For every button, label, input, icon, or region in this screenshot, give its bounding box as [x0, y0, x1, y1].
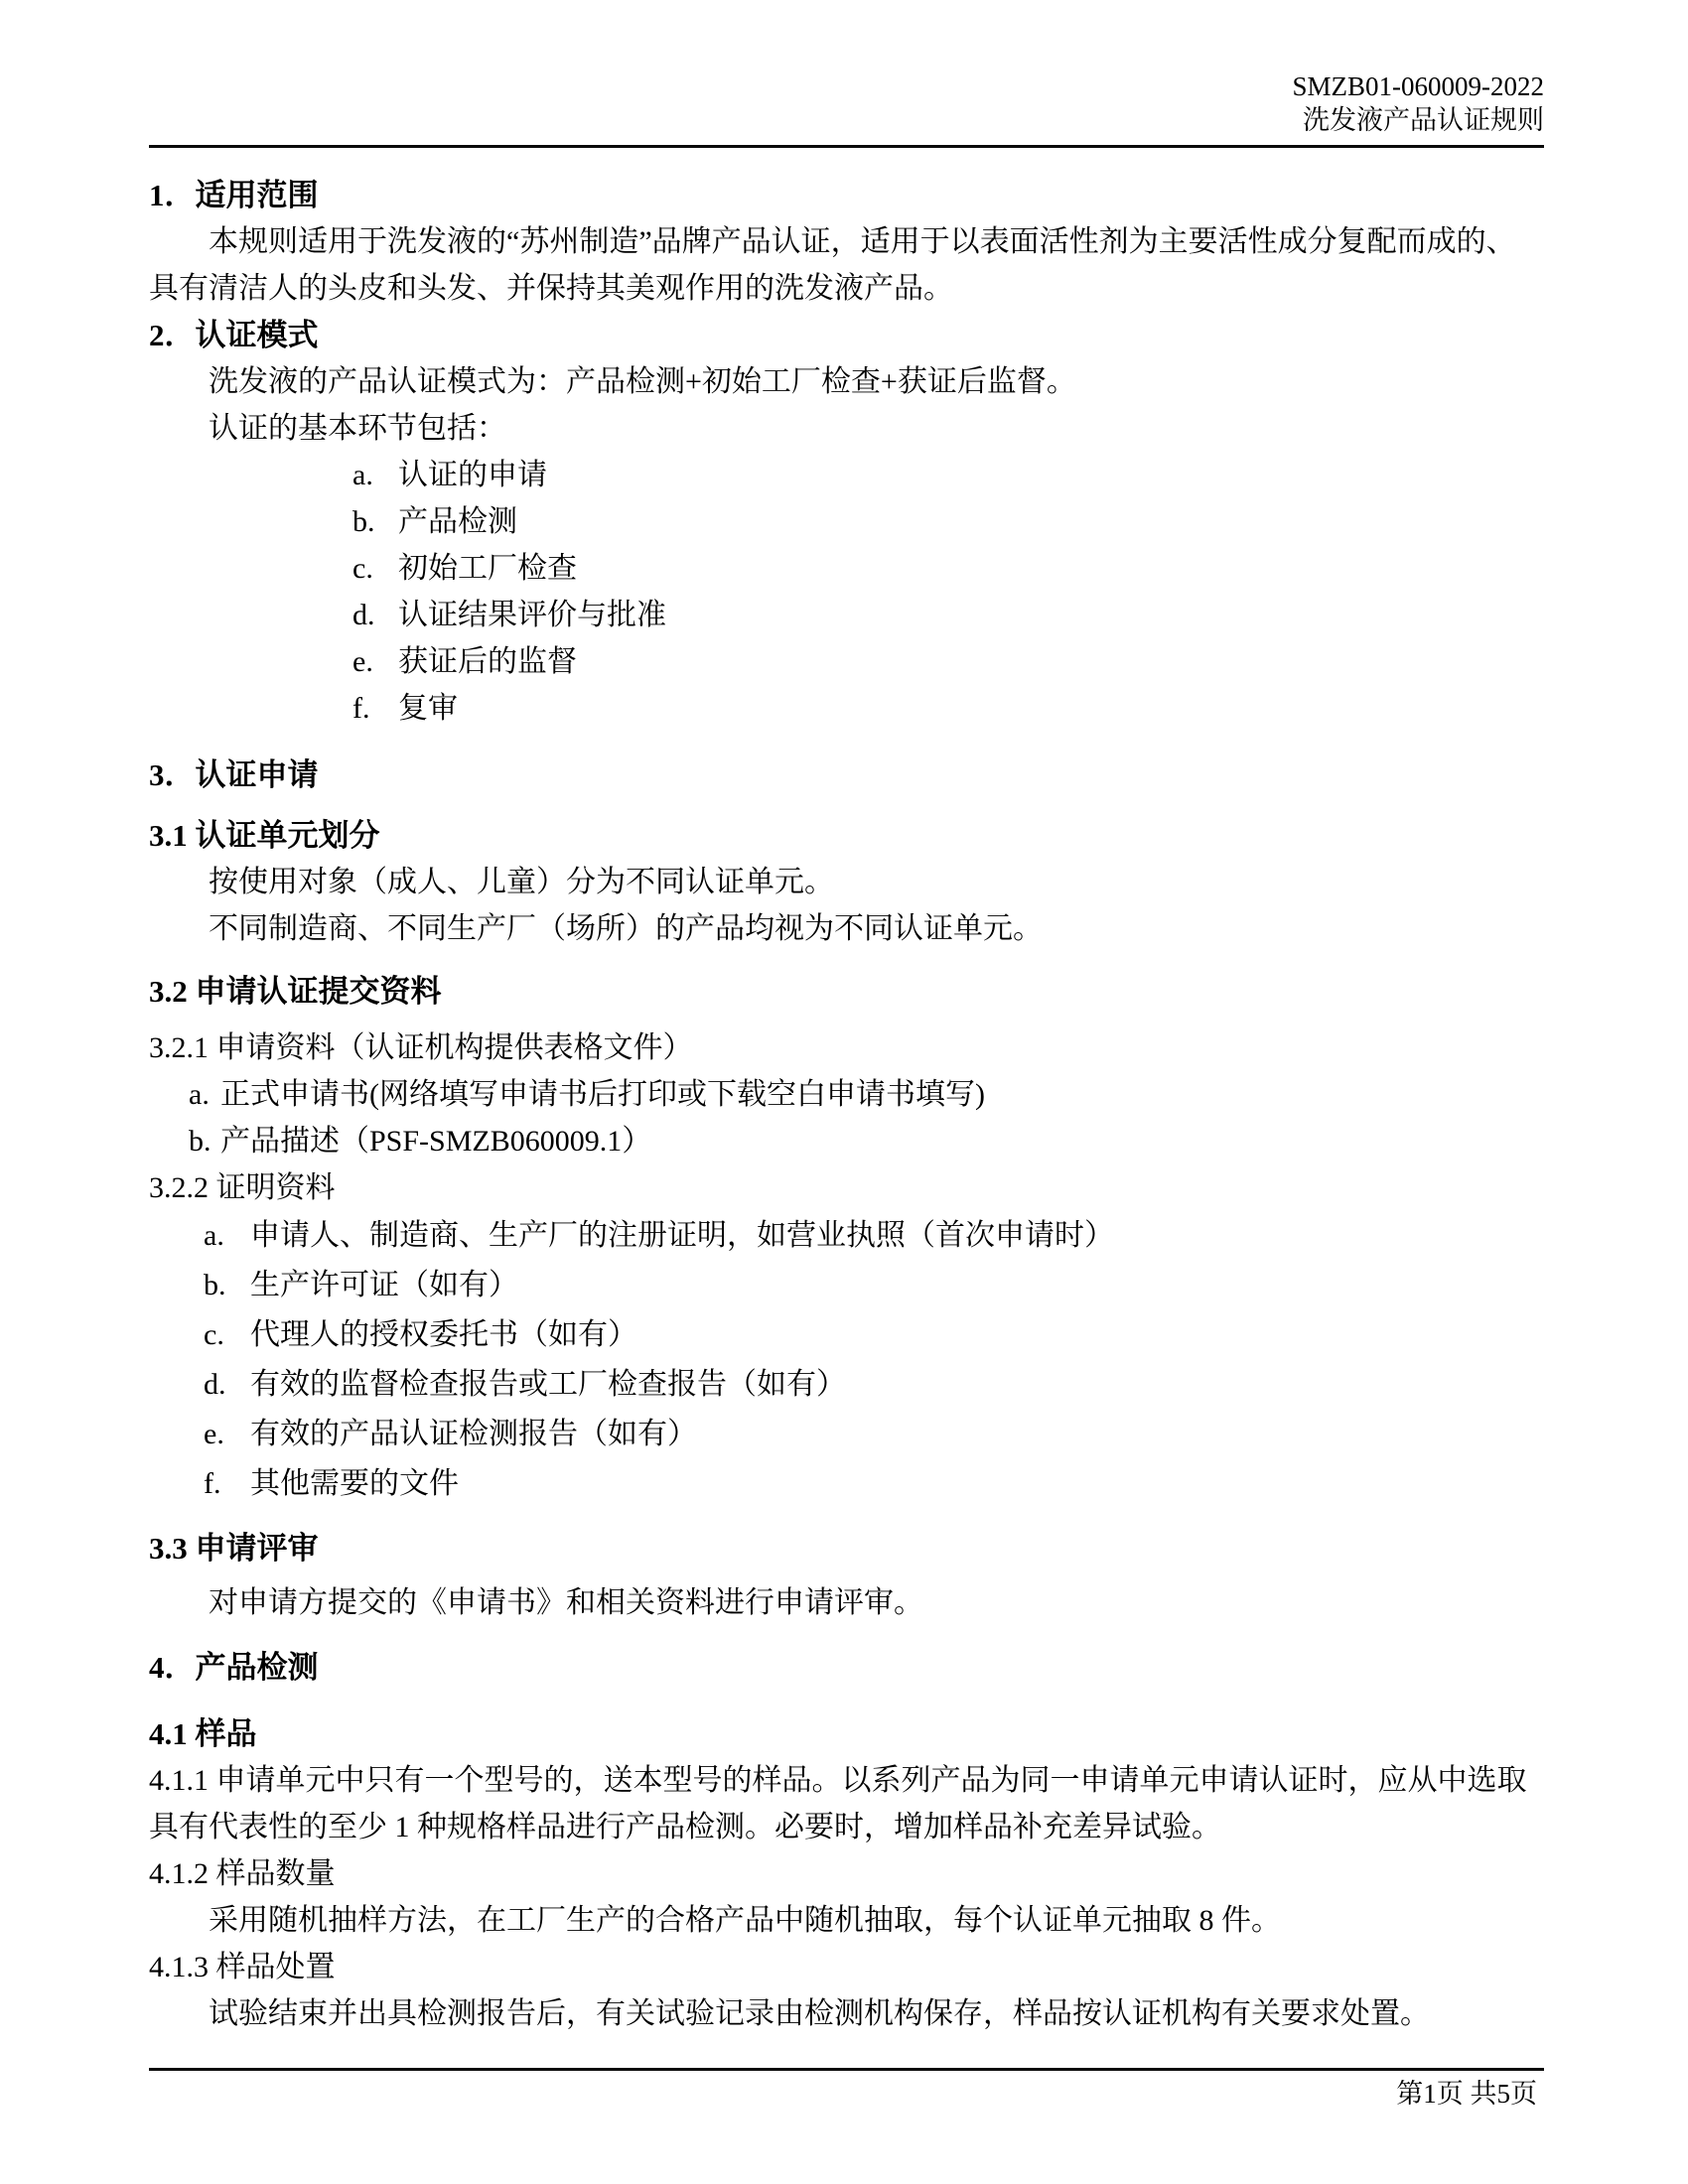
section-4-1-1-line-1: 4.1.1 申请单元中只有一个型号的，送本型号的样品。以系列产品为同一申请单元申…: [149, 1757, 1544, 1804]
list-item: a.正式申请书(网络填写申请书后打印或下载空白申请书填写): [189, 1071, 1544, 1118]
list-item: f.其他需要的文件: [204, 1459, 1544, 1509]
section-2-line-2: 认证的基本环节包括：: [149, 405, 1544, 452]
list-item-marker: f.: [352, 685, 398, 732]
document-header: SMZB01-060009-2022 洗发液产品认证规则: [149, 0, 1544, 137]
list-item-marker: d.: [352, 592, 398, 638]
list-item-marker: b.: [204, 1261, 250, 1310]
section-3-1-line-2: 不同制造商、不同生产厂（场所）的产品均视为不同认证单元。: [149, 905, 1544, 952]
section-3-heading: 3．认证申请: [149, 751, 1544, 798]
header-doc-title: 洗发液产品认证规则: [149, 103, 1544, 137]
section-3-3-line-1: 对申请方提交的《申请书》和相关资料进行申请评审。: [149, 1579, 1544, 1626]
list-item-text: 初始工厂检查: [398, 552, 577, 585]
section-1-heading: 1．适用范围: [149, 172, 1544, 218]
proof-documents-list: a.申请人、制造商、生产厂的注册证明，如营业执照（首次申请时） b.生产许可证（…: [204, 1211, 1544, 1509]
list-item-text: 正式申请书(网络填写申请书后打印或下载空白申请书填写): [220, 1078, 985, 1111]
list-item-marker: d.: [204, 1360, 250, 1410]
list-item-text: 生产许可证（如有）: [250, 1269, 518, 1301]
section-4-1-2-title: 4.1.2 样品数量: [149, 1850, 1544, 1897]
list-item-marker: c.: [204, 1310, 250, 1360]
list-item: b.产品检测: [352, 498, 1544, 545]
list-item-text: 复审: [398, 692, 458, 725]
section-1-paragraph-line-1: 本规则适用于洗发液的“苏州制造”品牌产品认证，适用于以表面活性剂为主要活性成分复…: [149, 218, 1544, 265]
list-item-text: 申请人、制造商、生产厂的注册证明，如营业执照（首次申请时）: [250, 1219, 1114, 1252]
list-item-text: 其他需要的文件: [250, 1467, 459, 1500]
list-item-marker: e.: [352, 638, 398, 685]
list-item-text: 认证结果评价与批准: [398, 599, 666, 631]
application-documents-list: a.正式申请书(网络填写申请书后打印或下载空白申请书填写) b.产品描述（PSF…: [189, 1071, 1544, 1164]
list-item-marker: b.: [189, 1118, 220, 1164]
section-3-1-heading: 3.1 认证单元划分: [149, 812, 1544, 859]
list-item: b.产品描述（PSF-SMZB060009.1）: [189, 1118, 1544, 1164]
page-content: SMZB01-060009-2022 洗发液产品认证规则 1．适用范围 本规则适…: [149, 0, 1544, 2037]
footer-divider: [149, 2068, 1544, 2071]
list-item: d.认证结果评价与批准: [352, 592, 1544, 638]
section-4-1-2-line-1: 采用随机抽样方法，在工厂生产的合格产品中随机抽取，每个认证单元抽取 8 件。: [149, 1897, 1544, 1944]
section-3-2-1-title: 3.2.1 申请资料（认证机构提供表格文件）: [149, 1024, 1544, 1071]
list-item: e.获证后的监督: [352, 638, 1544, 685]
list-item-text: 认证的申请: [398, 459, 547, 491]
certification-steps-list: a.认证的申请 b.产品检测 c.初始工厂检查 d.认证结果评价与批准 e.获证…: [352, 452, 1544, 732]
list-item-text: 有效的产品认证检测报告（如有）: [250, 1418, 697, 1450]
section-4-1-1-line-2: 具有代表性的至少 1 种规格样品进行产品检测。必要时，增加样品补充差异试验。: [149, 1804, 1544, 1850]
section-3-1-line-1: 按使用对象（成人、儿童）分为不同认证单元。: [149, 859, 1544, 905]
section-4-1-3-line-1: 试验结束并出具检测报告后，有关试验记录由检测机构保存，样品按认证机构有关要求处置…: [149, 1990, 1544, 2037]
list-item-marker: f.: [204, 1459, 250, 1509]
list-item: e.有效的产品认证检测报告（如有）: [204, 1410, 1544, 1459]
list-item-marker: a.: [204, 1211, 250, 1261]
list-item-text: 产品描述（PSF-SMZB060009.1）: [220, 1125, 651, 1158]
section-3-3-heading: 3.3 申请评审: [149, 1525, 1544, 1571]
list-item: a.认证的申请: [352, 452, 1544, 498]
list-item: a.申请人、制造商、生产厂的注册证明，如营业执照（首次申请时）: [204, 1211, 1544, 1261]
list-item: c.代理人的授权委托书（如有）: [204, 1310, 1544, 1360]
header-doc-code: SMZB01-060009-2022: [149, 69, 1544, 103]
list-item-text: 代理人的授权委托书（如有）: [250, 1318, 637, 1351]
section-4-1-heading: 4.1 样品: [149, 1710, 1544, 1757]
section-2-line-1: 洗发液的产品认证模式为：产品检测+初始工厂检查+获证后监督。: [149, 358, 1544, 405]
list-item-marker: b.: [352, 498, 398, 545]
list-item-text: 获证后的监督: [398, 645, 577, 678]
section-2-heading: 2．认证模式: [149, 312, 1544, 358]
document-page: SMZB01-060009-2022 洗发液产品认证规则 1．适用范围 本规则适…: [0, 0, 1688, 2184]
section-4-heading: 4．产品检测: [149, 1644, 1544, 1691]
list-item-text: 产品检测: [398, 505, 517, 538]
list-item: d.有效的监督检查报告或工厂检查报告（如有）: [204, 1360, 1544, 1410]
list-item-marker: c.: [352, 545, 398, 592]
list-item: f.复审: [352, 685, 1544, 732]
list-item-marker: e.: [204, 1410, 250, 1459]
section-1-paragraph-line-2: 具有清洁人的头皮和头发、并保持其美观作用的洗发液产品。: [149, 265, 1544, 312]
section-3-2-2-title: 3.2.2 证明资料: [149, 1164, 1544, 1211]
section-4-1-3-title: 4.1.3 样品处置: [149, 1944, 1544, 1990]
list-item-marker: a.: [352, 452, 398, 498]
header-divider: [149, 145, 1544, 148]
list-item-text: 有效的监督检查报告或工厂检查报告（如有）: [250, 1368, 846, 1401]
list-item: b.生产许可证（如有）: [204, 1261, 1544, 1310]
list-item-marker: a.: [189, 1071, 220, 1118]
section-3-2-heading: 3.2 申请认证提交资料: [149, 968, 1544, 1015]
list-item: c.初始工厂检查: [352, 545, 1544, 592]
footer-page-info: 第1页 共5页: [1396, 2077, 1537, 2111]
